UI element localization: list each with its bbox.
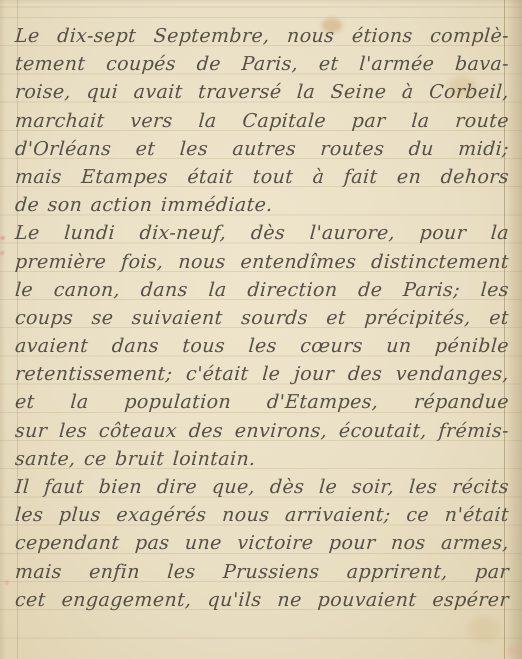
manuscript-line: Le lundi dix-neuf, dès l'aurore, pour la [14, 219, 510, 247]
manuscript-line: sante, ce bruit lointain. [14, 445, 510, 473]
manuscript-line: le canon, dans la direction de Paris; le… [14, 276, 510, 304]
manuscript-line: retentissement; c'était le jour des vend… [14, 360, 510, 388]
manuscript-line: cet engagement, qu'ils ne pouvaient espé… [14, 586, 510, 614]
manuscript-line: Le dix-sept Septembre, nous étions compl… [14, 22, 510, 50]
page-left-edge [0, 0, 6, 659]
manuscript-line: tement coupés de Paris, et l'armée bava- [14, 50, 510, 78]
paragraph: Le dix-sept Septembre, nous étions compl… [14, 22, 508, 219]
manuscript-line: avaient dans tous les cœurs un pénible [14, 332, 510, 360]
manuscript-line: d'Orléans et les autres routes du midi; [14, 135, 510, 163]
paragraph: Le lundi dix-neuf, dès l'aurore, pour la… [14, 219, 508, 473]
manuscript-line: et la population d'Etampes, répandue [14, 388, 510, 416]
manuscript-line: mais enfin les Prussiens apprirent, par [14, 558, 510, 586]
paragraph: Il faut bien dire que, dès le soir, les … [14, 473, 508, 614]
manuscript-line: de son action immédiate. [14, 191, 510, 219]
manuscript-line: Il faut bien dire que, dès le soir, les … [14, 473, 510, 501]
paper-stain [468, 616, 500, 642]
manuscript-line: sur les côteaux des environs, écoutait, … [14, 417, 510, 445]
page-top-edge [0, 0, 522, 4]
manuscript-line: marchait vers la Capitale par la route [14, 107, 510, 135]
manuscript-line: mais Etampes était tout à fait en dehors [14, 163, 510, 191]
manuscript-page: Le dix-sept Septembre, nous étions compl… [0, 0, 522, 659]
manuscript-line: cependant pas une victoire pour nos arme… [14, 529, 510, 557]
manuscript-line: roise, qui avait traversé la Seine à Cor… [14, 78, 510, 106]
handwritten-text: Le dix-sept Septembre, nous étions compl… [14, 22, 508, 614]
manuscript-line: coups se suivaient sourds et précipités,… [14, 304, 510, 332]
manuscript-line: première fois, nous entendîmes distincte… [14, 248, 510, 276]
manuscript-line: les plus exagérés nous arrivaient; ce n'… [14, 501, 510, 529]
